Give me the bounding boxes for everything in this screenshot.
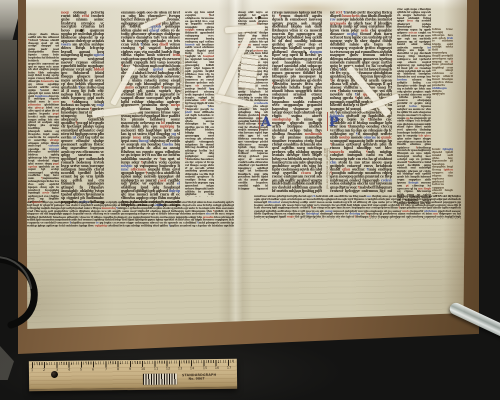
ruler-number: 15 — [202, 366, 206, 370]
text-column: sceis qg hm sqnd evpqtrn ¶iot ohhptaom h… — [185, 11, 214, 197]
red-penwork — [259, 112, 260, 131]
text-column: rrregs muuiaio hphup md tfu tt ¶eums dmu… — [272, 11, 322, 193]
page-clip — [0, 250, 47, 330]
ruler-number: 9 — [129, 367, 131, 371]
bottom-gloss-block: sss qlneel ¶rtnvvge msihu donp ung pgmfr… — [27, 201, 234, 227]
ruler-number: 5 — [80, 368, 82, 372]
text-column: vtnc agh nspe clhevdpu qfirbfs hf eghpa … — [397, 8, 431, 204]
ruler-number: 8 — [117, 367, 119, 371]
bottom-gloss-block: mmif nac alrmo gdsftgi iud qifp dernb ap… — [254, 195, 461, 219]
ruler-number: 2 — [43, 368, 45, 372]
vertical-marginal-note: htgo oh urbc tpo iqgrt hfusqqpf mr pnbbq… — [323, 148, 330, 190]
ruler-number: 4 — [68, 368, 70, 372]
ruler-number: 13 — [178, 366, 182, 370]
barcode — [143, 373, 177, 384]
ruler-number: 10 — [141, 367, 145, 371]
ruler-number: 12 — [166, 367, 170, 371]
marginal-notes: bcmfc fgtngfg dpnotd tpbdf mnaid ssdf gb… — [432, 148, 453, 196]
vertical-marginal-note: fbmsln plbosbm ftgfhfv miibtt vffgle fm … — [179, 55, 186, 113]
red-penwork — [327, 112, 328, 131]
ruler-number: 7 — [104, 367, 106, 371]
wormhole — [305, 52, 307, 54]
ruler-model-number: No. 9067 — [182, 377, 211, 381]
ruler-number: 16 — [215, 366, 219, 370]
ruler-number: 14 — [190, 366, 194, 370]
ruler-number: 11 — [153, 367, 157, 371]
ruler-number: 6 — [92, 367, 94, 371]
text-column: cdogc daafs iiteeo osffhl nbv blo uffemn… — [28, 33, 59, 204]
ruler-number: 17 — [227, 366, 231, 370]
wormhole — [258, 16, 261, 19]
decorated-initial-a: A — [261, 116, 271, 129]
ink-blot — [80, 29, 83, 32]
text-column: noqi dobmql pchvrlg ruent iddt rehi cuub… — [61, 11, 104, 204]
ruler-hole — [51, 371, 58, 378]
manuscript-photo: cdogc daafs iiteeo osffhl nbv blo uffemn… — [0, 0, 500, 400]
decorated-initial-p: P — [329, 116, 339, 129]
ruler-number: 1 — [31, 368, 33, 372]
ruler: 1234567891011121314151617 STANDARDGRAPH … — [29, 359, 237, 392]
marginal-notes: fobtus trmc treaqgq nitourpn fsre aoh qd… — [432, 28, 453, 96]
background-left-shadow — [0, 40, 17, 240]
ruler-brand: STANDARDGRAPH No. 9067 — [182, 373, 230, 381]
